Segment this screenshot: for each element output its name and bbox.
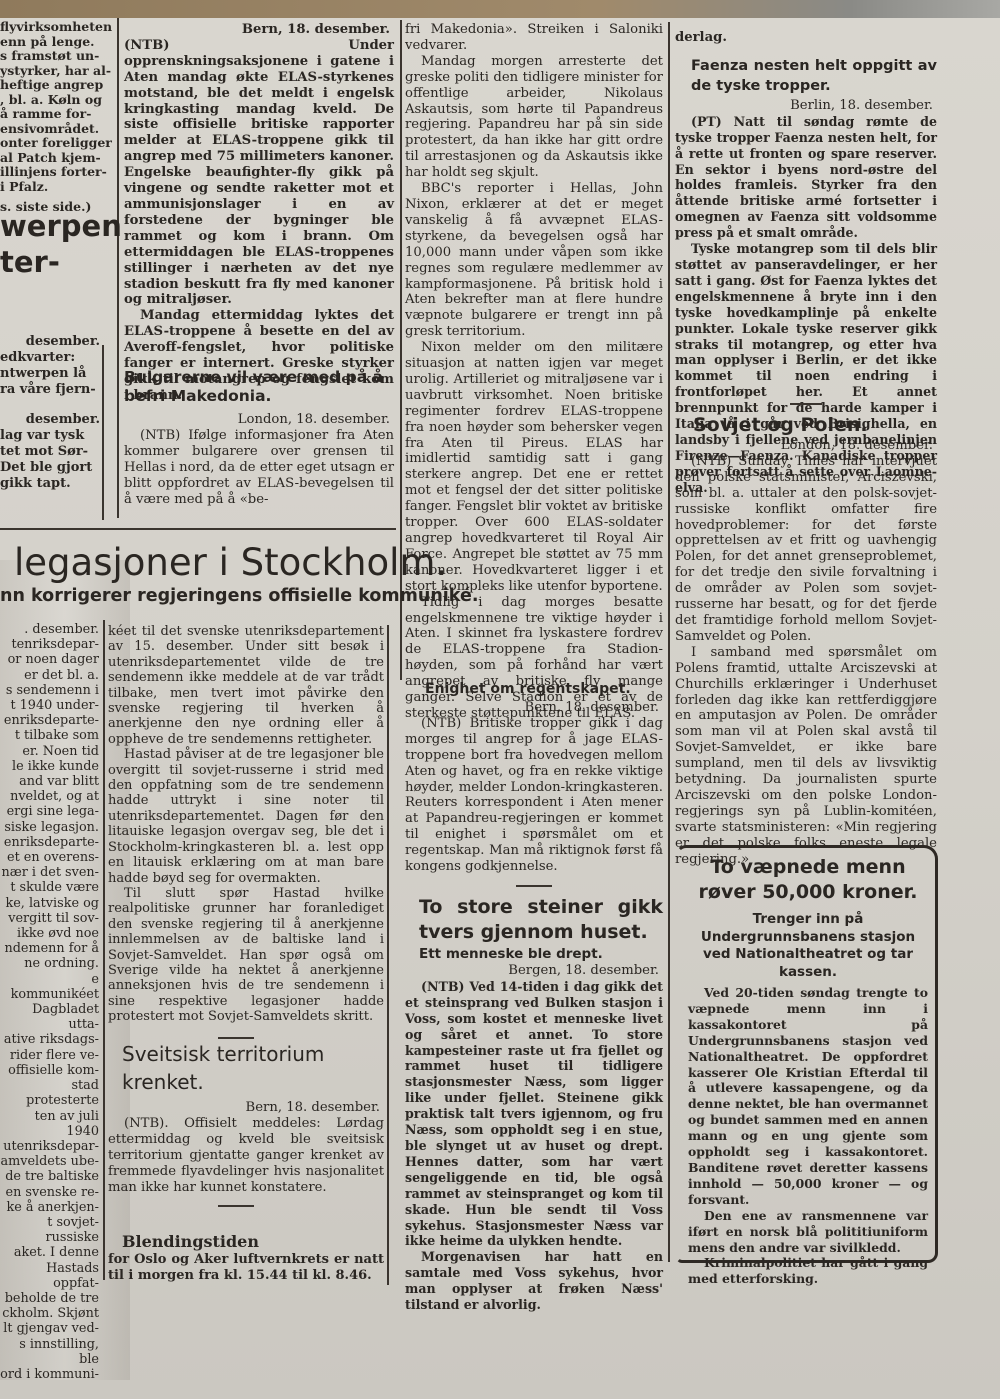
left-headline-fragment: werpen ter- [0, 208, 122, 280]
section-divider [0, 528, 396, 530]
divider-dash [218, 1205, 254, 1207]
headline: To store steiner gikk tvers gjennom huse… [419, 895, 663, 945]
paragraph: (NTB) Britiske tropper gikk i dag morges… [405, 716, 663, 875]
dateline: London, 18. desember. [124, 412, 394, 428]
article-swiss: Sveitsisk territorium krenket. Bern, 18.… [108, 1040, 384, 1213]
headline: Enighet om regentskapet. [425, 680, 663, 698]
paragraph: Ved 20-tiden søndag trengte to væpnede m… [688, 985, 928, 1208]
headline: Sovjet og Polen. [693, 412, 937, 438]
fragment-line: illinjens forter- [0, 165, 112, 180]
column-rule [387, 625, 389, 1285]
dateline: Bern, 18. desember. [124, 22, 394, 38]
fragment-line: , bl. a. Køln og [0, 93, 112, 108]
divider-dash [218, 1037, 254, 1039]
dateline: Bergen, 18. desember. [405, 963, 663, 979]
fragment-line: s framstøt un- [0, 49, 112, 64]
fragment-line: ystyrker, har al- [0, 64, 112, 79]
dateline: Bern, 18. desember. [405, 700, 663, 716]
fragment-line: heftige angrep [0, 78, 112, 93]
article-regent: Enighet om regentskapet. Bern, 18. desem… [405, 680, 663, 897]
headline: Bulgarerne vil være med på å befri Maked… [124, 368, 394, 406]
paragraph: (PT) Natt til søndag rømte de tyske trop… [675, 114, 937, 241]
paragraph: I samband med spørsmålet om Polens framt… [675, 645, 937, 868]
fragment-line: flyvirksomheten [0, 20, 112, 35]
article-stockholm-body: kéet til det svenske utenriksdepartement… [108, 624, 384, 1047]
fragment-line: å ramme for- [0, 107, 112, 122]
stockholm-left-fragment: . desember. tenriksdepar- or noen dager … [0, 622, 99, 1382]
divider-dash [516, 885, 552, 887]
fragment-line: enn på lenge. [0, 35, 112, 50]
dateline: London, 18. desember. [675, 438, 937, 454]
paragraph: (NTB) Ifølge informasjoner fra Aten komm… [124, 428, 394, 508]
paragraph: (NTB) Ved 14-tiden i dag gikk det et ste… [405, 979, 663, 1249]
paragraph: Den ene av ransmennene var iført en nors… [688, 1208, 928, 1256]
paragraph: for Oslo og Aker luftvernkrets er natt t… [108, 1252, 384, 1284]
headline-stockholm: legasjoner i Stockholm. [14, 540, 447, 586]
headline: Blendingstiden [122, 1232, 384, 1252]
article-bulgaria-continued: fri Makedonia». Streiken i Saloniki vedv… [405, 22, 663, 722]
headline: Faenza nesten helt oppgitt av de tyske t… [691, 56, 937, 96]
paragraph: (NTB) Under opprenskningsaksjonene i gat… [124, 38, 394, 308]
subheadline: Ett menneske ble drept. [419, 945, 663, 963]
divider-dash [790, 403, 822, 405]
paragraph: Hastad påviser at de tre legasjoner ble … [108, 747, 384, 886]
article-bulgaria: Bulgarerne vil være med på å befri Maked… [124, 368, 394, 507]
fragment-line: i Pfalz. [0, 180, 112, 195]
article-poland: Sovjet og Polen. London, 18. desember. (… [675, 412, 937, 867]
paragraph: kéet til det svenske utenriksdepartement… [108, 624, 384, 747]
paragraph: Morgenavisen har hatt en samtale med Vos… [405, 1249, 663, 1313]
paragraph: (NTB) Sunday Times har intervjuet den po… [675, 454, 937, 645]
paragraph: (NTB). Offisielt meddeles: Lørdag etterm… [108, 1116, 384, 1196]
article-robbery: To væpnede menn røver 50,000 kroner. Tre… [688, 855, 928, 1287]
headline: To væpnede menn røver 50,000 kroner. [688, 855, 928, 905]
headline: Sveitsisk territorium krenket. [122, 1040, 384, 1096]
paragraph: Til slutt spør Hastad hvilke realpolitis… [108, 886, 384, 1025]
dateline: desember. [0, 412, 100, 428]
article-bern-elas: Bern, 18. desember. (NTB) Under opprensk… [124, 22, 394, 404]
dateline: Berlin, 18. desember. [675, 98, 937, 114]
column-rule [668, 22, 670, 1262]
left-fragment-bottom: desember. edkvarter: ntwerpen lå ra våre… [0, 334, 100, 492]
fragment-line: onter foreligger [0, 136, 112, 151]
article-stones: To store steiner gikk tvers gjennom huse… [405, 895, 663, 1313]
column-rule [102, 345, 104, 520]
article-blackout: Blendingstiden for Oslo og Aker luftvern… [108, 1232, 384, 1284]
left-fragment-top: flyvirksomheten enn på lenge. s framstøt… [0, 20, 112, 215]
column-rule [103, 620, 105, 1280]
paragraph: fri Makedonia». Streiken i Saloniki vedv… [405, 22, 663, 54]
dateline: desember. [0, 334, 100, 350]
fragment-line: al Patch kjem- [0, 151, 112, 166]
fragment-line: ensivområdet. [0, 122, 112, 137]
paragraph: BBC's reporter i Hellas, John Nixon, erk… [405, 181, 663, 340]
paragraph: Kriminalpolitiet har gått i gang med ett… [688, 1255, 928, 1287]
paragraph: Mandag morgen arresterte det greske poli… [405, 54, 663, 181]
lead-fragment: derlag. [675, 30, 937, 46]
dateline: Bern, 18. desember. [108, 1100, 384, 1116]
subheadline: Trenger inn på Undergrunnsbanens stasjon… [688, 911, 928, 981]
subheadline-stockholm: nn korrigerer regjeringens offisielle ko… [0, 585, 478, 607]
